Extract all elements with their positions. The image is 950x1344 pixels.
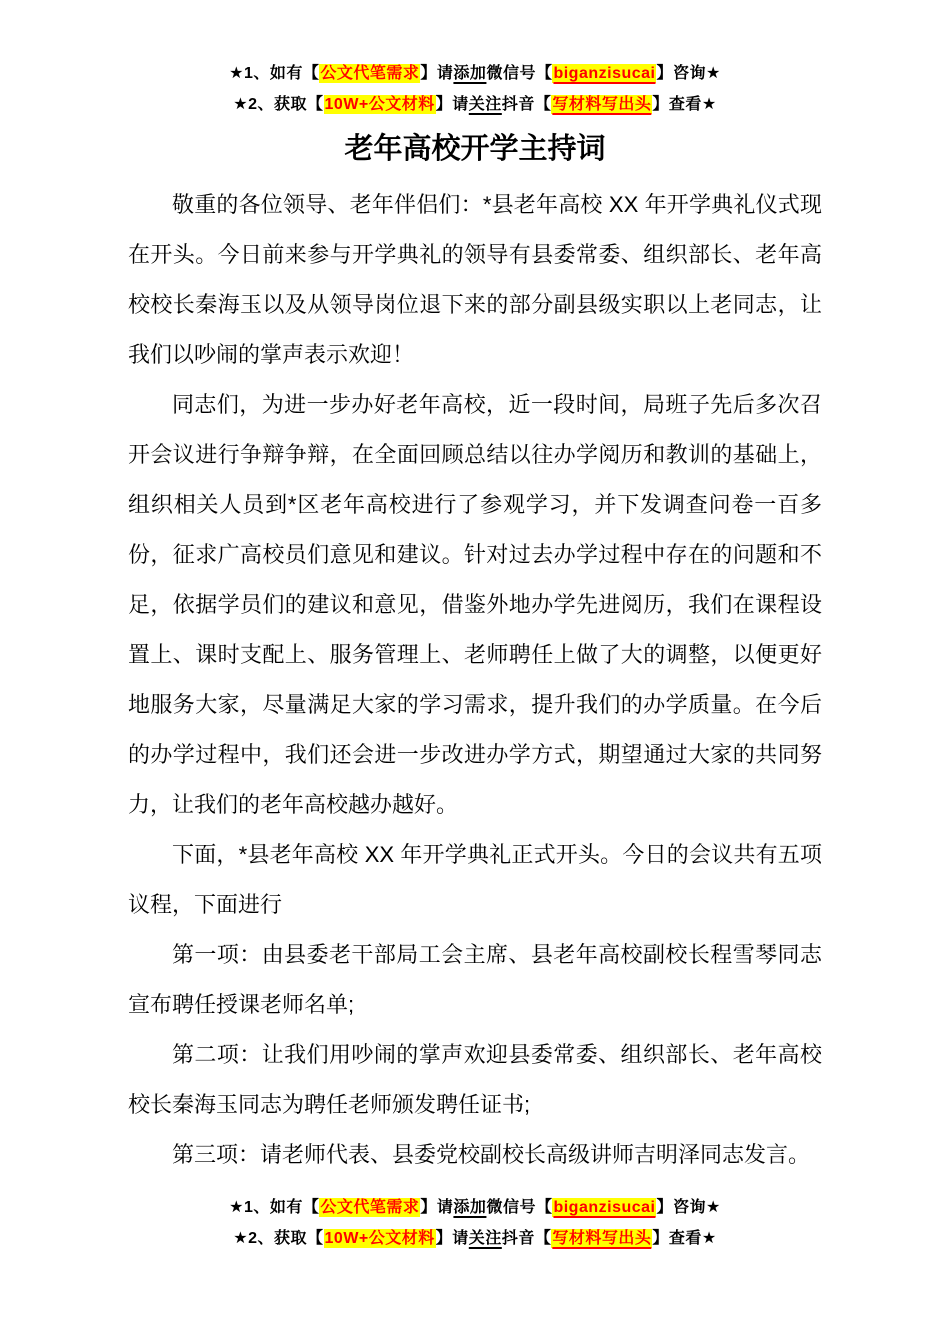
promo-text: 】请: [420, 65, 453, 82]
promo-header-line-2: ★2、获取【10W+公文材料】请关注抖音【写材料写出头】查看★: [128, 89, 822, 120]
document-body: 敬重的各位领导、老年伴侣们：*县老年高校 XX 年开学典礼仪式现在开头。今日前来…: [128, 180, 822, 1180]
promo-header: ★1、如有【公文代笔需求】请添加微信号【biganzisucai】咨询★ ★2、…: [128, 58, 822, 120]
promo-underline-text: 关注: [469, 1230, 502, 1247]
paragraph: 第三项：请老师代表、县委党校副校长高级讲师吉明泽同志发言。: [128, 1130, 822, 1180]
promo-highlight-underline-text: biganzisucai: [552, 1198, 656, 1217]
promo-underline-text: 关注: [469, 96, 502, 113]
promo-text: 微信号【: [486, 1199, 552, 1216]
promo-highlight-text: 10W+公文材料: [324, 95, 436, 114]
paragraph: 敬重的各位领导、老年伴侣们：*县老年高校 XX 年开学典礼仪式现在开头。今日前来…: [128, 180, 822, 380]
promo-highlight-underline-text: 写材料写出头: [551, 95, 652, 114]
paragraph: 同志们，为进一步办好老年高校，近一段时间，局班子先后多次召开会议进行争辩争辩，在…: [128, 380, 822, 830]
promo-text: ★2、获取【: [233, 96, 323, 113]
promo-highlight-text: 10W+公文材料: [324, 1229, 436, 1248]
promo-text: 抖音【: [502, 96, 552, 113]
promo-text: 】请: [436, 96, 469, 113]
promo-text: ★1、如有【: [229, 1199, 319, 1216]
promo-footer-line-1: ★1、如有【公文代笔需求】请添加微信号【biganzisucai】咨询★: [128, 1192, 822, 1223]
promo-highlight-underline-text: biganzisucai: [552, 64, 656, 83]
promo-text: 】请: [436, 1230, 469, 1247]
paragraph: 第二项：让我们用吵闹的掌声欢迎县委常委、组织部长、老年高校校长秦海玉同志为聘任老…: [128, 1030, 822, 1130]
promo-text: ★2、获取【: [233, 1230, 323, 1247]
paragraph: 第一项：由县委老干部局工会主席、县老年高校副校长程雪琴同志宣布聘任授课老师名单;: [128, 930, 822, 1030]
promo-text: 】咨询★: [656, 65, 720, 82]
promo-text: 】请: [420, 1199, 453, 1216]
promo-footer-line-2: ★2、获取【10W+公文材料】请关注抖音【写材料写出头】查看★: [128, 1223, 822, 1254]
document-page: ★1、如有【公文代笔需求】请添加微信号【biganzisucai】咨询★ ★2、…: [0, 0, 950, 1344]
promo-highlight-text: 公文代笔需求: [319, 1198, 420, 1217]
promo-underline-text: 添加: [453, 65, 486, 82]
promo-text: 】查看★: [652, 1230, 716, 1247]
document-title: 老年高校开学主持词: [128, 128, 822, 170]
promo-underline-text: 添加: [453, 1199, 486, 1216]
promo-highlight-underline-text: 写材料写出头: [551, 1229, 652, 1248]
promo-text: 】查看★: [652, 96, 716, 113]
promo-text: 抖音【: [502, 1230, 552, 1247]
promo-footer: ★1、如有【公文代笔需求】请添加微信号【biganzisucai】咨询★ ★2、…: [128, 1192, 822, 1254]
promo-text: ★1、如有【: [229, 65, 319, 82]
promo-highlight-text: 公文代笔需求: [319, 64, 420, 83]
promo-header-line-1: ★1、如有【公文代笔需求】请添加微信号【biganzisucai】咨询★: [128, 58, 822, 89]
promo-text: 微信号【: [486, 65, 552, 82]
promo-text: 】咨询★: [656, 1199, 720, 1216]
paragraph: 下面，*县老年高校 XX 年开学典礼正式开头。今日的会议共有五项议程，下面进行: [128, 830, 822, 930]
